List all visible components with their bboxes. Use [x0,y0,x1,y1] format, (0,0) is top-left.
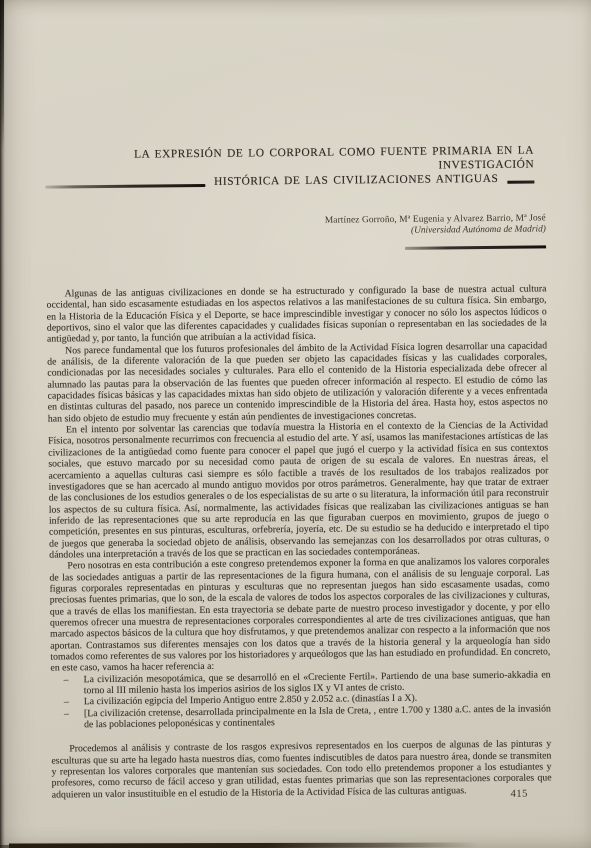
list-item-crete: – [La civilización cretense, desarrollad… [51,703,551,731]
author-rule [405,245,546,250]
article-title: LA EXPRESIÓN DE LO CORPORAL COMO FUENTE … [45,143,545,190]
article-body: Algunas de las antiguas civilizaciones e… [46,283,551,800]
body-paragraph-1: Algunas de las antiguas civilizaciones e… [46,283,547,345]
article-title-line2: HISTÓRICA DE LAS CIVILIZACIONES ANTIGUAS [214,172,498,189]
closing-paragraph: Procedemos al análisis y contraste de lo… [51,739,552,801]
printed-content: LA EXPRESIÓN DE LO CORPORAL COMO FUENTE … [45,143,552,848]
list-item-text: [La civilización cretense, desarrollada … [84,703,551,730]
list-dash-marker: – [64,708,69,719]
title-rule-right [507,180,534,183]
body-paragraph-3: En el intento por solventar las carencia… [48,419,549,560]
list-dash-marker: – [64,697,69,708]
page-number: 415 [510,789,527,800]
body-paragraph-4: Pero nosotras en esta contribución a est… [49,556,550,675]
book-gutter-edge-top [0,0,4,150]
title-rule-left [45,184,205,189]
list-dash-marker: – [64,674,69,685]
scanned-page-photo: LA EXPRESIÓN DE LO CORPORAL COMO FUENTE … [0,0,591,848]
body-paragraph-2: Nos parece fundamental que los futuros p… [47,340,548,425]
author-block: Martínez Gorroño, Mª Eugenia y Alvarez B… [46,212,546,258]
civilizations-list: – La civilización mesopotámica, que se d… [51,669,552,731]
